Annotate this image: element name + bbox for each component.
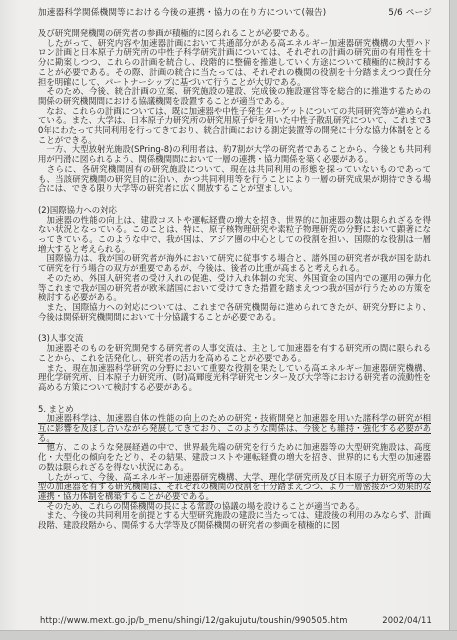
document-paragraph: 加速器そのものを研究開発する研究者の人事交流は、主として加速器を有する研究所の間… bbox=[38, 344, 431, 363]
scan-edge-right bbox=[449, 0, 457, 640]
document-paragraph: 一方、大型放射光施設(SPring-8)の利用者は、約7割が大学の研究者であるこ… bbox=[38, 145, 431, 164]
document-paragraph: したがって、研究内容や加速器計画において共通部分がある高エネルギー加速器研究機構… bbox=[38, 39, 431, 88]
document-paragraph: 加速器の性能の向上は、建設コストや運転経費の増大を招き、世界的に加速器の数は限ら… bbox=[38, 216, 431, 255]
document-paragraph: したがって、今後、高エネルギー加速器研究機構、大学、理化学研究所及び日本原子力研… bbox=[38, 473, 431, 502]
document-footer: http://www.mext.go.jp/b_menu/shingi/12/g… bbox=[40, 615, 432, 625]
document-paragraph: そのため、今後、統合計画の立案、研究施設の建設、完成後の施設運営等を総合的に推進… bbox=[38, 87, 431, 106]
document-paragraph: 加速器科学は、加速器自体の性能の向上のための研究・技術開発と加速器を用いた諸科学… bbox=[38, 414, 431, 443]
document-paragraph: そのため、外国人研究者の受け入れの促進、受け入れ体制の充実、外国資金の国内での運… bbox=[38, 274, 431, 303]
document-header: 加速器科学関係機関等における今後の連携・協力の在り方について(報告) 5/6 ペ… bbox=[38, 6, 432, 18]
scanned-document-page: 加速器科学関係機関等における今後の連携・協力の在り方について(報告) 5/6 ペ… bbox=[0, 0, 457, 640]
document-paragraph: さらに、各研究機関固有の研究施設について、現在は共同利用の形態を採っていないもの… bbox=[38, 165, 431, 194]
document-paragraph: また、国際協力への対応については、これまで各研究機関毎に進められてきたが、研究分… bbox=[38, 303, 431, 322]
print-date: 2002/04/11 bbox=[382, 615, 432, 625]
document-paragraph: 他方、このような発展経過の中で、世界最先端の研究を行うために加速器等の大型研究施… bbox=[38, 443, 431, 472]
page-number-label: 5/6 ページ bbox=[388, 6, 432, 18]
document-paragraph: また、今後の共同利用を前提とする大型研究施設の建設に当たっては、建設後の利用のみ… bbox=[38, 511, 431, 530]
document-paragraph: 国際協力は、我が国の研究者が海外において研究に従事する場合と、諸外国の研究者が我… bbox=[38, 254, 431, 273]
scan-edge-bottom bbox=[0, 630, 457, 640]
document-title: 加速器科学関係機関等における今後の連携・協力の在り方について(報告) bbox=[38, 6, 326, 18]
source-url: http://www.mext.go.jp/b_menu/shingi/12/g… bbox=[40, 615, 348, 625]
document-paragraph: また、現在加速器科学研究の分野において重要な役割を果たしている高エネルギー加速器… bbox=[38, 364, 431, 393]
document-paragraph: なお、これらの計画については、既に加速器や中性子発生ターゲットについての共同研究… bbox=[38, 107, 431, 146]
document-body: 及び研究開発機関の研究者の参画が積極的に図られることが必要である。 したがって、… bbox=[38, 29, 431, 531]
